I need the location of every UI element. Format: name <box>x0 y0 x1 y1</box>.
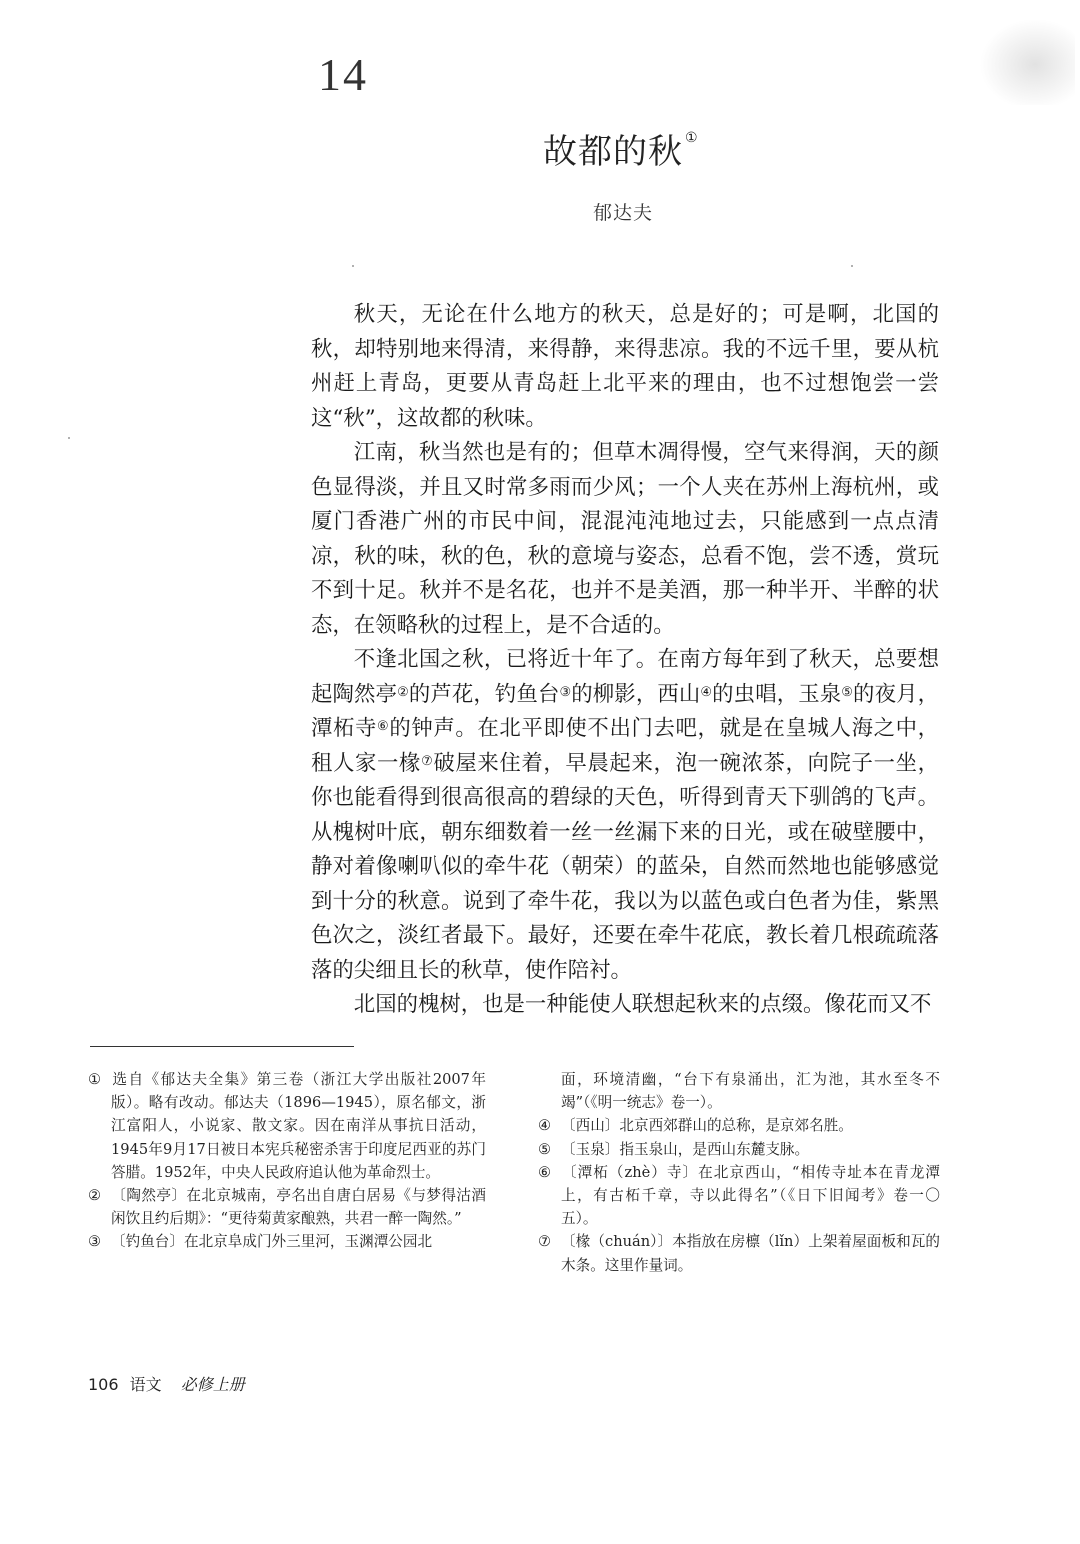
paragraph-text: 破屋来住着，早晨起来，泡一碗浓茶，向院子一坐，你也能看得到很高很高的碧绿的天色，… <box>311 751 939 983</box>
footnote-text: 〔钓鱼台〕在北京阜成门外三里河，玉渊潭公园北 <box>111 1233 432 1250</box>
footnote-number: ⑦ <box>538 1230 561 1253</box>
footnote-text: 〔玉泉〕指玉泉山，是西山东麓支脉。 <box>561 1141 809 1158</box>
footnote-7: ⑦〔椽（chuán）〕本指放在房檩（lǐn）上架着屋面板和瓦的木条。这里作量词。 <box>538 1230 940 1276</box>
footnote-number: ③ <box>88 1230 111 1253</box>
footnote-1: ①选自《郁达夫全集》第三卷（浙江大学出版社2007年版）。略有改动。郁达夫（18… <box>88 1068 486 1184</box>
footnote-ref-4[interactable]: ④ <box>700 685 712 700</box>
paragraph-text: 的虫唱，玉泉 <box>712 682 841 707</box>
paragraph-text: 江南，秋当然也是有的；但草木凋得慢，空气来得润，天的颜色显得淡，并且又时常多雨而… <box>311 440 939 638</box>
title-text: 故都的秋 <box>543 132 683 172</box>
footnote-divider <box>90 1046 354 1047</box>
footnote-3-continued: 面，环境清幽，“台下有泉涌出，汇为池，其水至冬不竭”（《明一统志》卷一）。 <box>538 1068 940 1114</box>
footnote-text: 〔陶然亭〕在北京城南，亭名出自唐白居易《与梦得沽酒闲饮且约后期》：“更待菊黄家酿… <box>111 1187 486 1227</box>
footnote-ref-3[interactable]: ③ <box>559 685 571 700</box>
scan-noise <box>975 15 1075 105</box>
scan-speck <box>68 437 70 439</box>
paragraph-text: 北国的槐树，也是一种能使人联想起秋来的点缀。像花而又不 <box>354 992 932 1017</box>
page-number: 106 <box>88 1375 119 1394</box>
scan-speck <box>851 265 853 267</box>
paragraph-text: 的芦花，钓鱼台 <box>409 682 560 707</box>
paragraph-2: 江南，秋当然也是有的；但草木凋得慢，空气来得润，天的颜色显得淡，并且又时常多雨而… <box>311 436 939 643</box>
subject-label: 语文 <box>130 1375 162 1394</box>
footnote-3: ③〔钓鱼台〕在北京阜成门外三里河，玉渊潭公园北 <box>88 1230 486 1253</box>
article-title: 故都的秋① <box>543 124 699 173</box>
footnote-ref-7[interactable]: ⑦ <box>421 754 433 769</box>
footnote-ref-5[interactable]: ⑤ <box>841 685 853 700</box>
lesson-number: 14 <box>318 48 368 101</box>
footnote-text: 选自《郁达夫全集》第三卷（浙江大学出版社2007年版）。略有改动。郁达夫（189… <box>111 1071 486 1181</box>
footnote-number: ⑤ <box>538 1138 561 1161</box>
paragraph-text: 秋天，无论在什么地方的秋天，总是好的；可是啊，北国的秋，却特别地来得清，来得静，… <box>311 302 939 431</box>
footnote-text: 〔椽（chuán）〕本指放在房檩（lǐn）上架着屋面板和瓦的木条。这里作量词。 <box>561 1233 940 1273</box>
author-name: 郁达夫 <box>593 198 653 225</box>
footnote-ref-2[interactable]: ② <box>397 685 409 700</box>
paragraph-1: 秋天，无论在什么地方的秋天，总是好的；可是啊，北国的秋，却特别地来得清，来得静，… <box>311 298 939 436</box>
footnote-ref-6[interactable]: ⑥ <box>377 719 389 734</box>
paragraph-3: 不逢北国之秋，已将近十年了。在南方每年到了秋天，总要想起陶然亭②的芦花，钓鱼台③… <box>311 643 939 988</box>
footnote-number: ④ <box>538 1114 561 1137</box>
footnote-2: ②〔陶然亭〕在北京城南，亭名出自唐白居易《与梦得沽酒闲饮且约后期》：“更待菊黄家… <box>88 1184 486 1230</box>
footnote-number: ⑥ <box>538 1161 561 1184</box>
footnote-text: 〔潭柘（zhè）寺〕在北京西山，“相传寺址本在青龙潭上，有古柘千章，寺以此得名”… <box>561 1164 940 1227</box>
paragraph-4: 北国的槐树，也是一种能使人联想起秋来的点缀。像花而又不 <box>311 988 939 1023</box>
title-footnote-ref: ① <box>685 130 699 146</box>
footnote-4: ④〔西山〕北京西郊群山的总称，是京郊名胜。 <box>538 1114 940 1137</box>
article-body: 秋天，无论在什么地方的秋天，总是好的；可是啊，北国的秋，却特别地来得清，来得静，… <box>311 298 939 1023</box>
volume-label: 必修上册 <box>181 1375 245 1394</box>
footnotes-right-column: 面，环境清幽，“台下有泉涌出，汇为池，其水至冬不竭”（《明一统志》卷一）。 ④〔… <box>538 1068 940 1277</box>
page-footer: 106 语文 必修上册 <box>88 1372 245 1395</box>
footnote-5: ⑤〔玉泉〕指玉泉山，是西山东麓支脉。 <box>538 1138 940 1161</box>
footnote-number: ① <box>88 1068 111 1091</box>
footnotes-left-column: ①选自《郁达夫全集》第三卷（浙江大学出版社2007年版）。略有改动。郁达夫（18… <box>88 1068 486 1254</box>
footnote-6: ⑥〔潭柘（zhè）寺〕在北京西山，“相传寺址本在青龙潭上，有古柘千章，寺以此得名… <box>538 1161 940 1231</box>
paragraph-text: 的柳影，西山 <box>571 682 700 707</box>
footnote-number: ② <box>88 1184 111 1207</box>
footnote-text: 面，环境清幽，“台下有泉涌出，汇为池，其水至冬不竭”（《明一统志》卷一）。 <box>561 1071 940 1111</box>
scan-speck <box>352 265 354 267</box>
footnote-text: 〔西山〕北京西郊群山的总称，是京郊名胜。 <box>561 1117 853 1134</box>
